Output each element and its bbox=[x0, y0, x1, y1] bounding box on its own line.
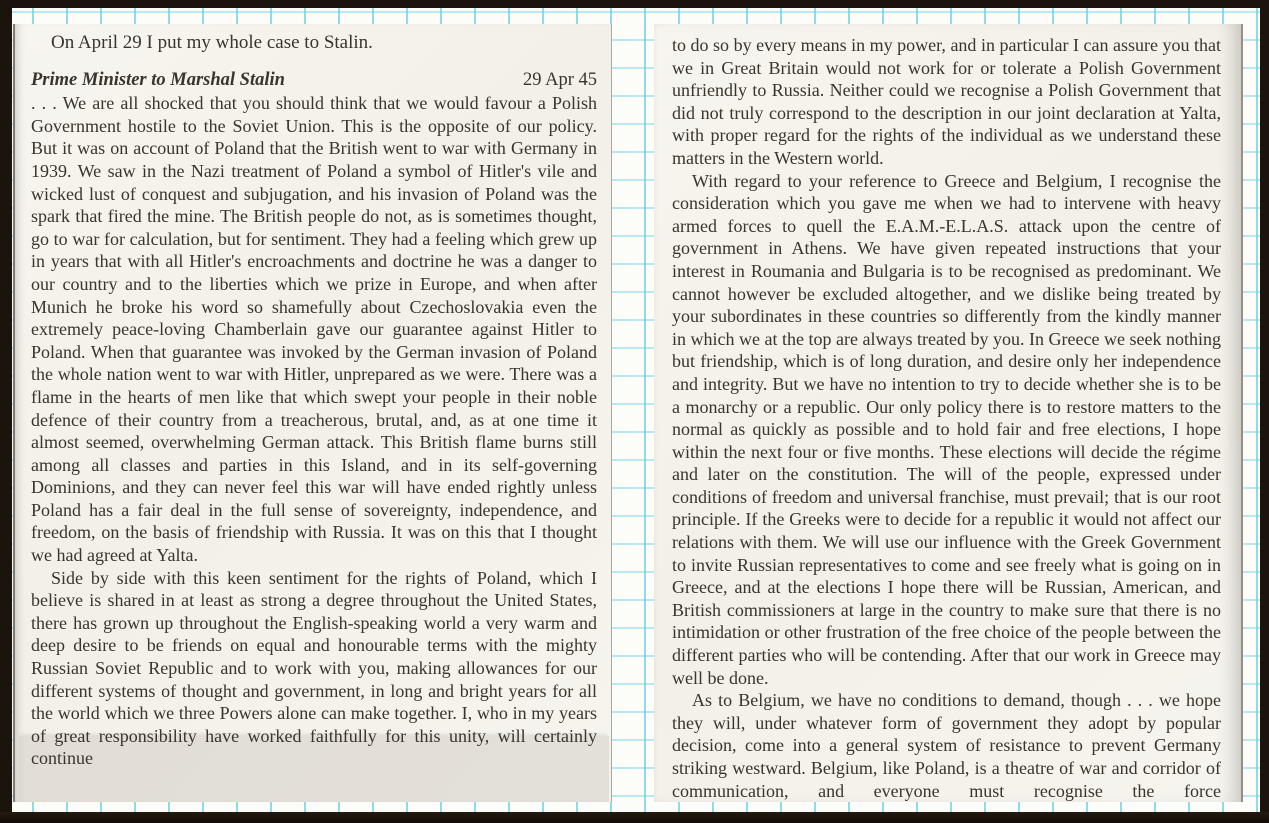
left-column-text: On April 29 I put my whole case to Stali… bbox=[31, 32, 597, 770]
letter-paragraph: As to Belgium, we have no conditions to … bbox=[672, 689, 1221, 802]
letter-heading: Prime Minister to Marshal Stalin 29 Apr … bbox=[31, 69, 597, 92]
letter-date: 29 Apr 45 bbox=[523, 69, 597, 92]
letter-paragraph: With regard to your reference to Greece … bbox=[672, 170, 1221, 690]
intro-sentence: On April 29 I put my whole case to Stali… bbox=[31, 32, 597, 55]
right-column-text: to do so by every means in my power, and… bbox=[672, 34, 1221, 802]
left-page-column: On April 29 I put my whole case to Stali… bbox=[13, 24, 612, 802]
scan-border-top bbox=[0, 0, 1269, 8]
right-page-column: to do so by every means in my power, and… bbox=[654, 24, 1243, 802]
letter-sender: Prime Minister to Marshal Stalin bbox=[31, 69, 285, 92]
scan-border-left bbox=[0, 0, 12, 823]
scan-border-bottom bbox=[0, 812, 1269, 823]
letter-paragraph: to do so by every means in my power, and… bbox=[672, 34, 1221, 170]
letter-paragraph: Side by side with this keen sentiment fo… bbox=[31, 567, 597, 770]
scan-border-right bbox=[1260, 0, 1269, 823]
letter-paragraph: . . . We are all shocked that you should… bbox=[31, 92, 597, 566]
